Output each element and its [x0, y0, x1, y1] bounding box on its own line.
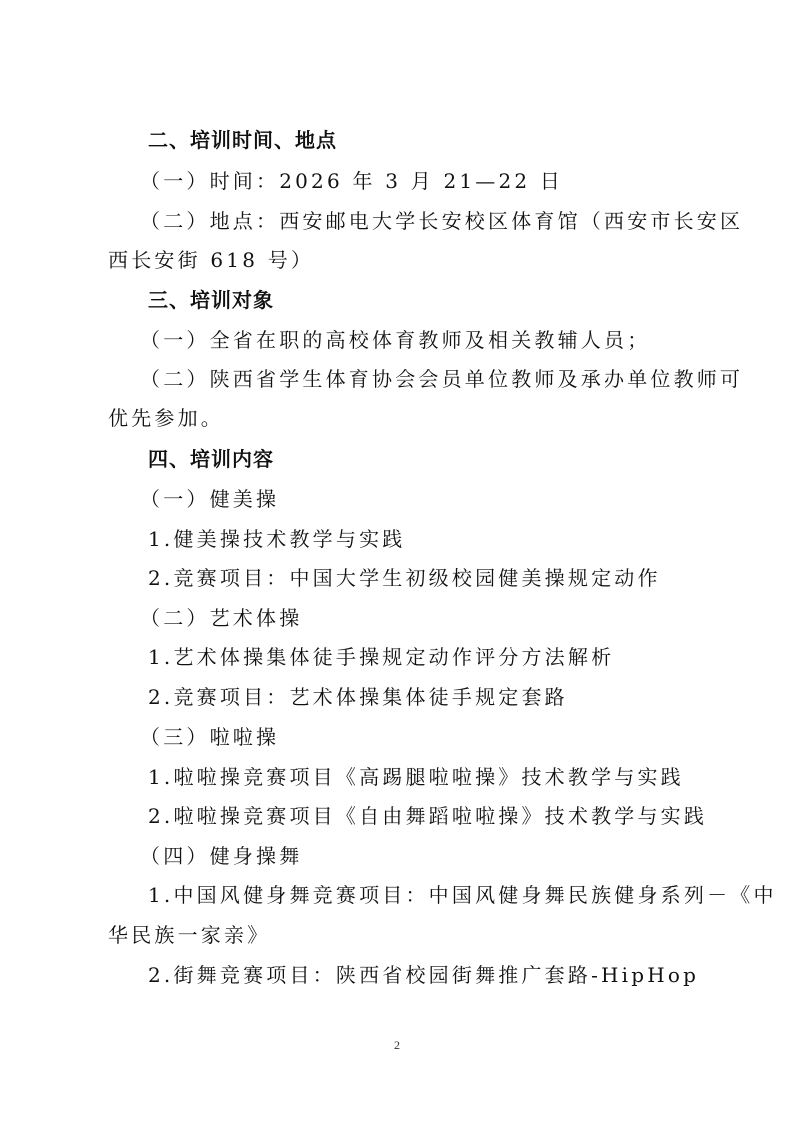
subheading-rhythmic-gymnastics: （二）艺术体操	[108, 606, 740, 630]
subheading-cheerleading: （三）啦啦操	[108, 725, 740, 749]
paragraph-time: （一）时间：2026 年 3 月 21—22 日	[108, 169, 740, 193]
list-item: 2.街舞竞赛项目：陕西省校园街舞推广套路-HipHop	[108, 963, 748, 987]
list-item: 2.竞赛项目：中国大学生初级校园健美操规定动作	[108, 566, 748, 590]
list-item: 1.啦啦操竞赛项目《高踢腿啦啦操》技术教学与实践	[108, 765, 748, 789]
page-number: 2	[0, 1038, 794, 1053]
paragraph-location-cont: 西长安街 618 号）	[108, 248, 708, 272]
section-heading-time-location: 二、培训时间、地点	[108, 128, 748, 152]
subheading-aerobics: （一）健美操	[108, 487, 740, 511]
section-heading-content: 四、培训内容	[108, 447, 748, 471]
list-item: 2.竞赛项目：艺术体操集体徒手规定套路	[108, 685, 748, 709]
section-heading-audience: 三、培训对象	[108, 288, 748, 312]
subheading-fitness-dance: （四）健身操舞	[108, 844, 740, 868]
paragraph-audience-2-cont: 优先参加。	[108, 406, 708, 430]
paragraph-audience-1: （一）全省在职的高校体育教师及相关教辅人员；	[108, 328, 740, 352]
list-item: 1.中国风健身舞竞赛项目：中国风健身舞民族健身系列－《中	[108, 883, 748, 907]
list-item: 1.艺术体操集体徒手操规定动作评分方法解析	[108, 645, 748, 669]
paragraph-location: （二）地点：西安邮电大学长安校区体育馆（西安市长安区	[108, 209, 740, 233]
paragraph-audience-2: （二）陕西省学生体育协会会员单位教师及承办单位教师可	[108, 367, 740, 391]
document-page: 二、培训时间、地点 （一）时间：2026 年 3 月 21—22 日 （二）地点…	[0, 0, 794, 1123]
list-item-cont: 华民族一家亲》	[108, 923, 708, 947]
list-item: 2.啦啦操竞赛项目《自由舞蹈啦啦操》技术教学与实践	[108, 804, 748, 828]
list-item: 1.健美操技术教学与实践	[108, 527, 748, 551]
